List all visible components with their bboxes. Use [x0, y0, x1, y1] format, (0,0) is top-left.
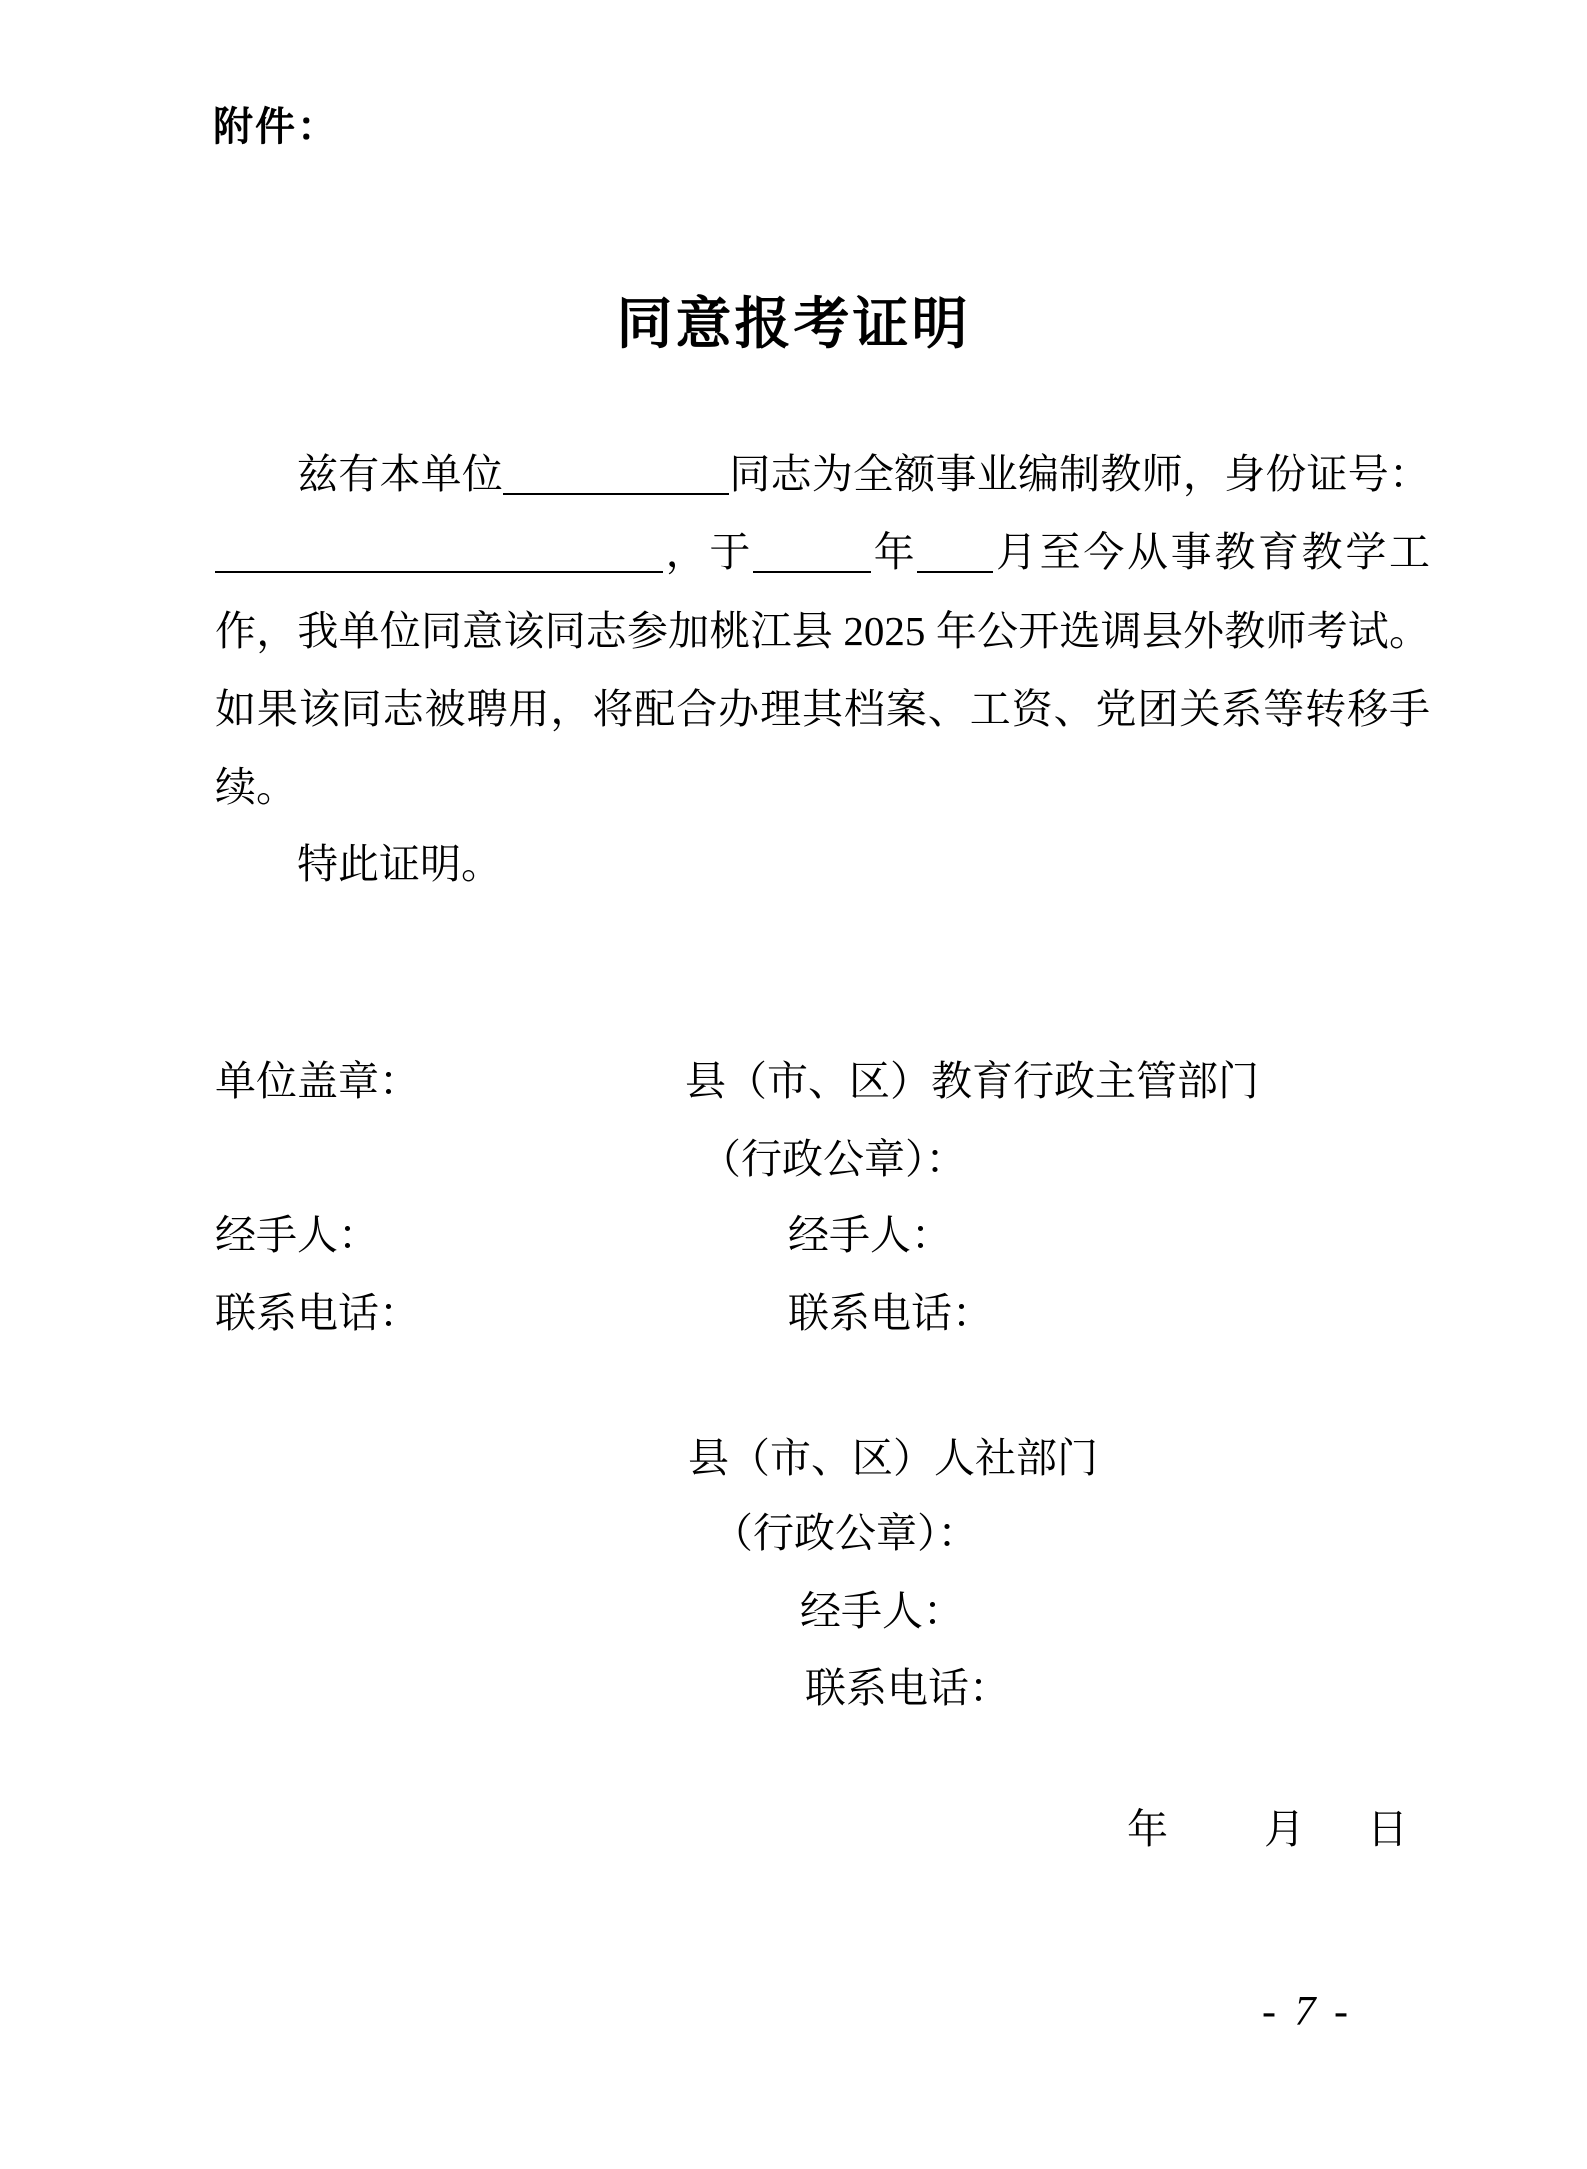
date-year-label: 年	[1127, 1796, 1168, 1855]
page-number: - 7 -	[1262, 1988, 1352, 2036]
hereby-certify-line: 特此证明。	[215, 840, 1430, 889]
paragraph-line-1-pre: 兹有本单位	[297, 451, 503, 497]
document-title: 同意报考证明	[0, 280, 1587, 360]
edu-dept-label: 县（市、区）教育行政主管部门	[685, 1048, 1259, 1107]
hr-phone-label: 联系电话：	[805, 1655, 1010, 1714]
hr-dept-seal-label: （行政公章）：	[712, 1500, 979, 1559]
hr-handler-label: 经手人：	[800, 1578, 964, 1637]
blank-name-field	[503, 492, 729, 495]
date-month-label: 月	[1264, 1796, 1305, 1855]
paragraph-line-3: 作，我单位同意该同志参加桃江县 2025 年公开选调县外教师考试。	[215, 607, 1430, 656]
edu-phone-label: 联系电话：	[788, 1280, 993, 1339]
edu-dept-seal-label: （行政公章）：	[700, 1126, 967, 1185]
blank-month-field	[917, 570, 993, 573]
edu-handler-label: 经手人：	[788, 1202, 952, 1261]
blank-id-number-field	[215, 570, 663, 573]
paragraph-line-5: 续。	[215, 763, 1430, 812]
paragraph-line-4: 如果该同志被聘用，将配合办理其档案、工资、党团关系等转移手	[215, 685, 1430, 734]
hr-dept-label: 县（市、区）人社部门	[688, 1425, 1098, 1484]
paragraph-line-1: 兹有本单位同志为全额事业编制教师，身份证号：	[215, 450, 1430, 499]
document-page: { "document": { "attachment_label": "附件：…	[0, 0, 1587, 2169]
unit-handler-label: 经手人：	[215, 1202, 379, 1261]
paragraph-line-2-mid1: ，于	[663, 529, 753, 575]
paragraph-line-2-year: 年	[871, 529, 917, 575]
unit-phone-label: 联系电话：	[215, 1280, 420, 1339]
paragraph-line-1-post: 同志为全额事业编制教师，身份证号：	[729, 451, 1430, 497]
paragraph-line-2-post: 月至今从事教育教学工	[993, 529, 1430, 575]
blank-year-field	[753, 570, 871, 573]
unit-seal-label: 单位盖章：	[215, 1048, 420, 1107]
paragraph-line-2: ，于年月至今从事教育教学工	[215, 528, 1430, 577]
date-day-label: 日	[1367, 1796, 1408, 1855]
attachment-label: 附件：	[213, 95, 339, 152]
